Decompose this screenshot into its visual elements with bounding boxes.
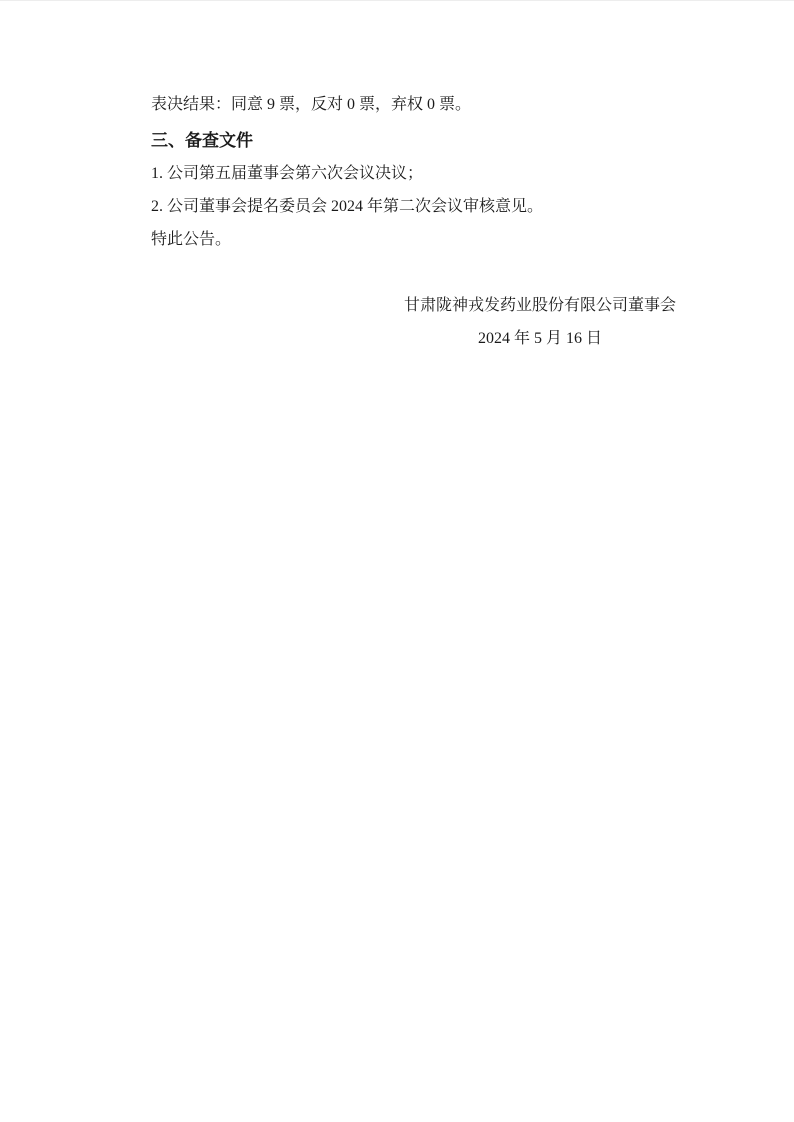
signature-date: 2024 年 5 月 16 日: [404, 322, 676, 355]
closing-line: 特此公告。: [151, 223, 676, 256]
list-item-2: 2. 公司董事会提名委员会 2024 年第二次会议审核意见。: [151, 190, 676, 223]
list-item-1: 1. 公司第五届董事会第六次会议决议；: [151, 157, 676, 190]
document-body: 表决结果：同意 9 票，反对 0 票，弃权 0 票。 三、备查文件 1. 公司第…: [151, 88, 676, 355]
signature-inner: 甘肃陇神戎发药业股份有限公司董事会 2024 年 5 月 16 日: [404, 289, 676, 355]
signature-company: 甘肃陇神戎发药业股份有限公司董事会: [404, 289, 676, 322]
document-page: 表决结果：同意 9 票，反对 0 票，弃权 0 票。 三、备查文件 1. 公司第…: [0, 0, 794, 1122]
vote-result-line: 表决结果：同意 9 票，反对 0 票，弃权 0 票。: [151, 88, 676, 121]
signature-block: 甘肃陇神戎发药业股份有限公司董事会 2024 年 5 月 16 日: [151, 289, 676, 355]
section-heading: 三、备查文件: [151, 124, 676, 157]
